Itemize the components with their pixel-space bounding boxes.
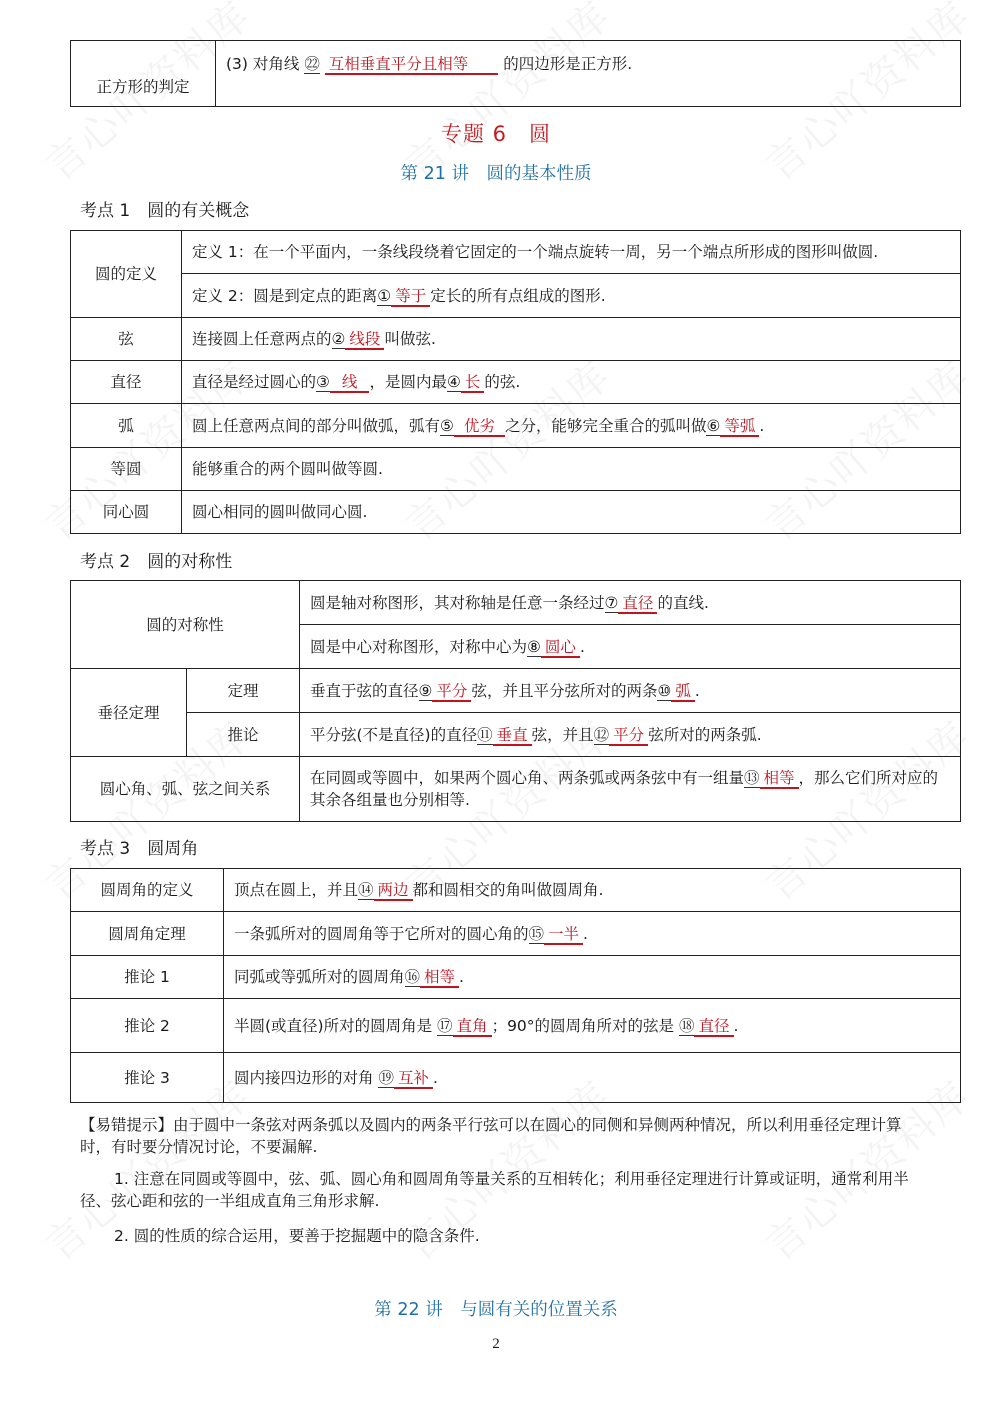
answer-blank: 等弧 (720, 417, 759, 437)
row-label: 圆的定义 (71, 231, 182, 318)
row-content: 同弧或等弧所对的圆周角⑯相等. (224, 956, 961, 999)
lecture-22-title: 第 22 讲 与圆有关的位置关系 (0, 1296, 992, 1321)
blank-number: ㉒ (304, 55, 320, 74)
answer-blank: 线段 (345, 330, 384, 350)
row-label: 推论 1 (71, 956, 224, 999)
circle-concepts-table: 圆的定义 定义 1：在一个平面内，一条线段绕着它固定的一个端点旋转一周，另一个端… (70, 230, 961, 534)
answer-blank: 垂直 (493, 726, 532, 746)
error-tip: 【易错提示】由于圆中一条弦对两条弧以及圆内的两条平行弦可以在圆心的同侧和异侧两种… (80, 1114, 920, 1158)
square-criteria-table: 正方形的判定 (3) 对角线 ㉒ 互相垂直平分且相等 的四边形是正方形. (70, 40, 961, 107)
row-content: 在同圆或等圆中，如果两个圆心角、两条弧或两条弦中有一组量⑬相等，那么它们所对应的… (300, 757, 961, 822)
row-label: 圆的对称性 (71, 581, 300, 669)
row-content: 半圆(或直径)所对的圆周角是 ⑰直角；90°的圆周角所对的弦是 ⑱直径. (224, 999, 961, 1053)
row-content: 圆心相同的圆叫做同心圆. (182, 491, 961, 534)
answer-blank: 两边 (374, 881, 413, 901)
row-label: 推论 2 (71, 999, 224, 1053)
row-content: 圆上任意两点间的部分叫做弧，弧有⑤优劣之分，能够完全重合的弧叫做⑥等弧. (182, 404, 961, 448)
answer-blank: 平分 (432, 682, 471, 702)
point-1-title: 考点 1 圆的有关概念 (80, 196, 249, 221)
row-content: 平分弦(不是直径)的直径⑪垂直弦，并且⑫平分弦所对的两条弧. (300, 713, 961, 757)
answer-blank: 一半 (544, 925, 583, 945)
tip-2: 2. 圆的性质的综合运用，要善于挖掘题中的隐含条件. (80, 1225, 920, 1247)
answer-blank: 等于 (391, 287, 430, 307)
row-label: 垂径定理 (71, 669, 187, 757)
row-label: 等圆 (71, 448, 182, 491)
page-number: 2 (0, 1336, 992, 1353)
answer-blank: 优劣 (454, 417, 505, 437)
answer-blank: 互补 (394, 1069, 433, 1089)
row-label: 直径 (71, 361, 182, 404)
answer-blank: 直径 (618, 594, 657, 614)
row-label: 同心圆 (71, 491, 182, 534)
answer-blank: 线 (330, 373, 370, 393)
answer-blank: 相等 (760, 769, 799, 789)
row-label: 推论 3 (71, 1053, 224, 1103)
row-label: 正方形的判定 (71, 41, 216, 107)
row-label: 圆心角、弧、弦之间关系 (71, 757, 300, 822)
circle-symmetry-table: 圆的对称性 圆是轴对称图形，其对称轴是任意一条经过⑦直径的直线. 圆是中心对称图… (70, 580, 961, 822)
row-content: 连接圆上任意两点的②线段叫做弦. (182, 318, 961, 361)
row-content: (3) 对角线 ㉒ 互相垂直平分且相等 的四边形是正方形. (216, 41, 961, 107)
answer-blank: 直角 (453, 1017, 492, 1037)
sub-label: 定理 (187, 669, 300, 713)
row-label: 弧 (71, 404, 182, 448)
topic-title: 专题 6 圆 (0, 118, 992, 148)
answer-blank: 互相垂直平分且相等 (325, 55, 499, 75)
point-2-title: 考点 2 圆的对称性 (80, 547, 232, 572)
row-content: 顶点在圆上，并且⑭两边都和圆相交的角叫做圆周角. (224, 869, 961, 912)
answer-blank: 相等 (420, 968, 459, 988)
point-3-title: 考点 3 圆周角 (80, 834, 198, 859)
lecture-21-title: 第 21 讲 圆的基本性质 (0, 160, 992, 185)
row-label: 弦 (71, 318, 182, 361)
sub-label: 推论 (187, 713, 300, 757)
row-content: 定义 1：在一个平面内，一条线段绕着它固定的一个端点旋转一周，另一个端点所形成的… (182, 231, 961, 274)
row-content: 圆是中心对称图形，对称中心为⑧圆心. (300, 625, 961, 669)
row-content: 一条弧所对的圆周角等于它所对的圆心角的⑮一半. (224, 912, 961, 956)
row-content: 直径是经过圆心的③线，是圆内最④长的弦. (182, 361, 961, 404)
row-content: 能够重合的两个圆叫做等圆. (182, 448, 961, 491)
row-label: 圆周角定理 (71, 912, 224, 956)
answer-blank: 直径 (694, 1017, 733, 1037)
row-content: 定义 2：圆是到定点的距离①等于定长的所有点组成的图形. (182, 274, 961, 318)
row-content: 垂直于弦的直径⑨平分弦，并且平分弦所对的两条⑩弧. (300, 669, 961, 713)
row-content: 圆内接四边形的对角 ⑲互补. (224, 1053, 961, 1103)
row-content: 圆是轴对称图形，其对称轴是任意一条经过⑦直径的直线. (300, 581, 961, 625)
answer-blank: 弧 (671, 682, 695, 702)
row-label: 圆周角的定义 (71, 869, 224, 912)
tip-1: 1. 注意在同圆或等圆中，弦、弧、圆心角和圆周角等量关系的互相转化；利用垂径定理… (80, 1168, 920, 1212)
answer-blank: 圆心 (541, 638, 580, 658)
answer-blank: 长 (461, 373, 485, 393)
inscribed-angle-table: 圆周角的定义 顶点在圆上，并且⑭两边都和圆相交的角叫做圆周角. 圆周角定理 一条… (70, 868, 961, 1103)
answer-blank: 平分 (609, 726, 648, 746)
